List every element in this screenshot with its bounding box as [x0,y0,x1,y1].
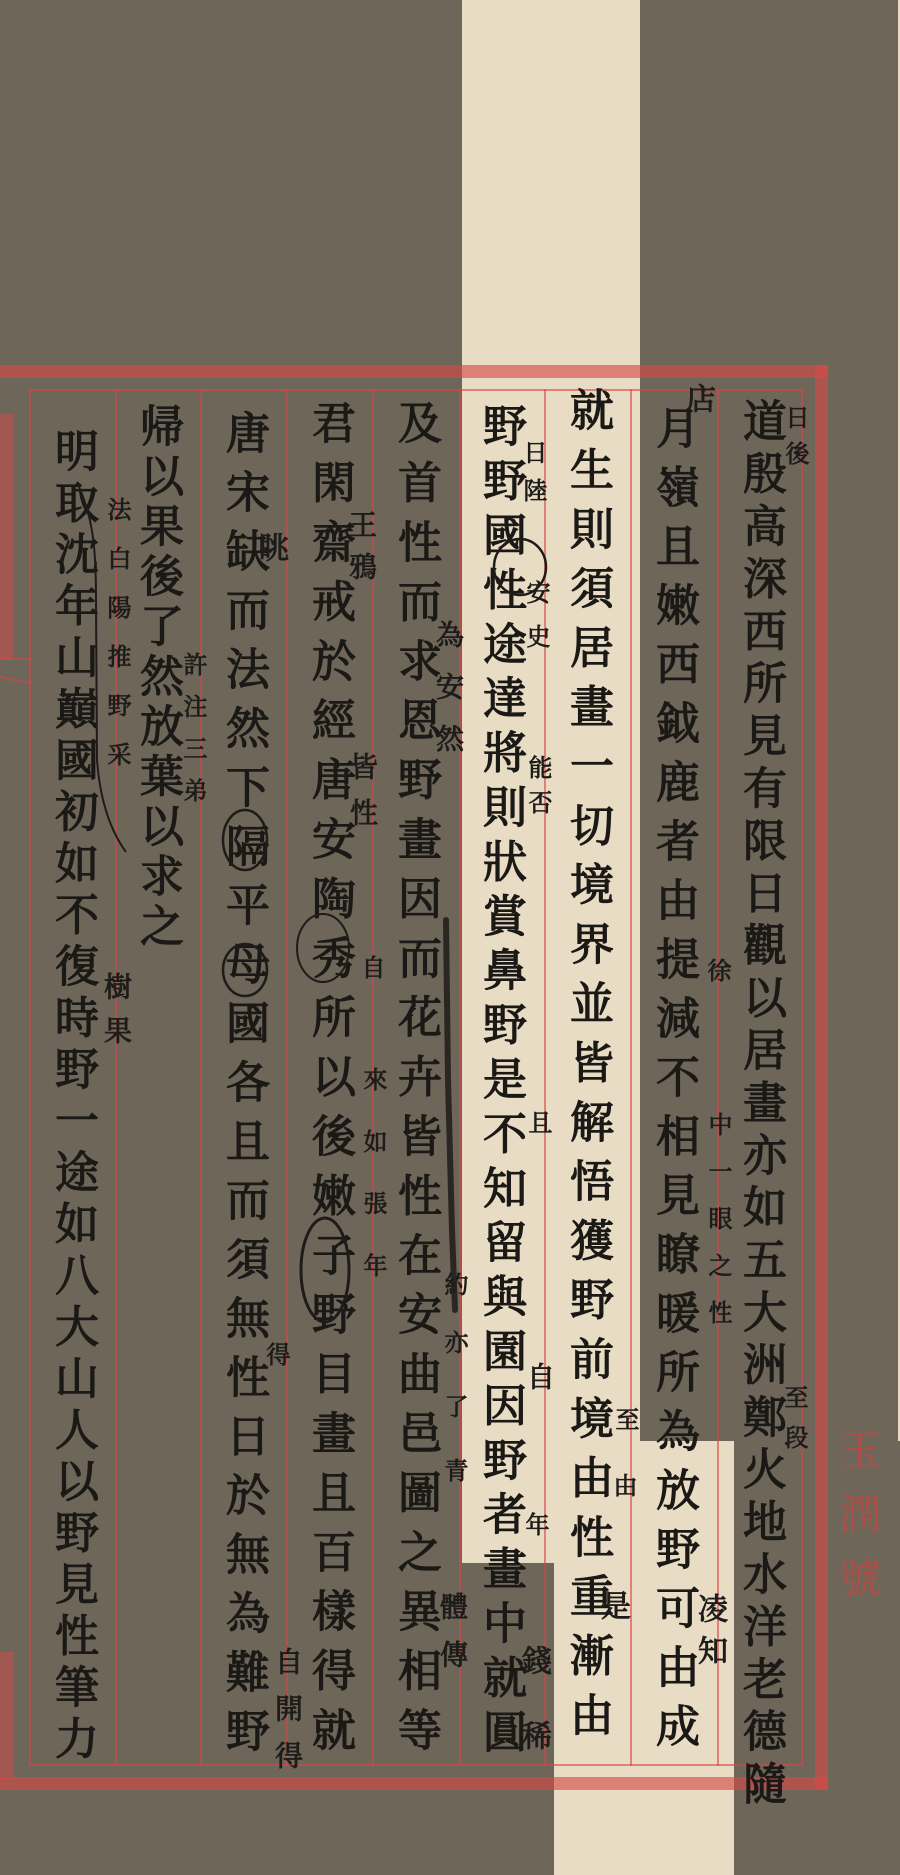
binding-edge-block-upper [0,414,14,660]
annotation: 眺 [259,532,285,562]
text-column-1: 道殷高深西所見有限日觀以居畫亦如五大洲鄭火地水洋老德隨 [738,398,782,1813]
annotation: 體傳 [440,1592,466,1688]
annotation: 樹果 [104,972,130,1060]
annotation: 至 [611,1407,637,1431]
annotation: 自開得 [275,1647,301,1788]
annotation: 凌知 [698,1593,724,1677]
annotation: 日陸 [519,440,545,516]
text-column-9: 明取沈年山巔國初如不復時野一途如八大山人以野見性筆力 [50,428,94,1767]
annotation: 安史 [522,580,548,668]
frame-outer-top [0,365,828,378]
annotation: 許注三弟 [179,652,205,820]
annotation: 為安然 [436,620,462,776]
column-rule [630,389,632,1766]
annotation: 至段 [780,1385,806,1465]
column-rule [200,389,202,1766]
annotation: 自 [527,1362,553,1390]
annotation: 亦了青 [440,1330,466,1522]
text-column-5: 及首性而求恩野畫因而花卉皆性在安曲邑圖之異相等 [393,400,437,1766]
text-column-3: 就生則須居畫一切境界並皆解悟獲野前境由性重漸由 [565,387,609,1751]
annotation: 能否 [524,755,550,825]
text-column-2: 月嶺且嫩西鉞鹿者由提減不相見瞭暖所為放野可由成 [651,405,695,1762]
annotation: 日後 [781,405,807,477]
annotation: 錢稀 [522,1645,548,1795]
text-column-8: 帰以果後了然放葉以求之 [135,403,179,953]
text-column-6: 君閑齋戒於經唐安陶秀所以後嫩子野目畫且百樣得就 [307,400,351,1766]
column-rule [459,389,461,1766]
frame-outer-right [815,365,828,1790]
column-rule [717,389,719,1766]
seal-mark: 玉潤號 [836,1428,878,1620]
annotation: 法白陽推野采 [103,497,129,791]
text-column-4: 野野國性途達將則狀賞鼻野是不知留與園因野者畫中就圓 [478,403,522,1763]
annotation: 且 [524,1110,550,1134]
annotation: 來如張年 [359,1067,385,1315]
annotation: 店 [686,383,712,413]
binding-edge-block-lower [0,1652,14,1780]
annotation: 約 [440,1272,466,1296]
annotation: 中一眼之性 [704,1112,730,1347]
frame-outer-bottom [0,1777,828,1790]
annotation: 得 [262,1342,288,1366]
annotation: 皆性 [350,752,376,844]
annotation: 自 [357,955,383,979]
text-column-7: 唐宋缺而法然下隔平母國各且而須無性日於無為難野 [221,410,265,1767]
binding-edge-line [0,658,30,660]
frame-inner-left [29,389,31,1766]
annotation: 年 [521,1512,547,1536]
manuscript-page: 道殷高深西所見有限日觀以居畫亦如五大洲鄭火地水洋老德隨 月嶺且嫩西鉞鹿者由提減不… [0,0,900,1875]
annotation: 王鴉 [349,510,375,594]
annotation: 徐 [703,958,729,982]
frame-inner-right [801,389,803,1766]
column-rule [286,389,288,1766]
annotation: 由 [609,1473,635,1497]
annotation: 是 [601,1590,627,1620]
